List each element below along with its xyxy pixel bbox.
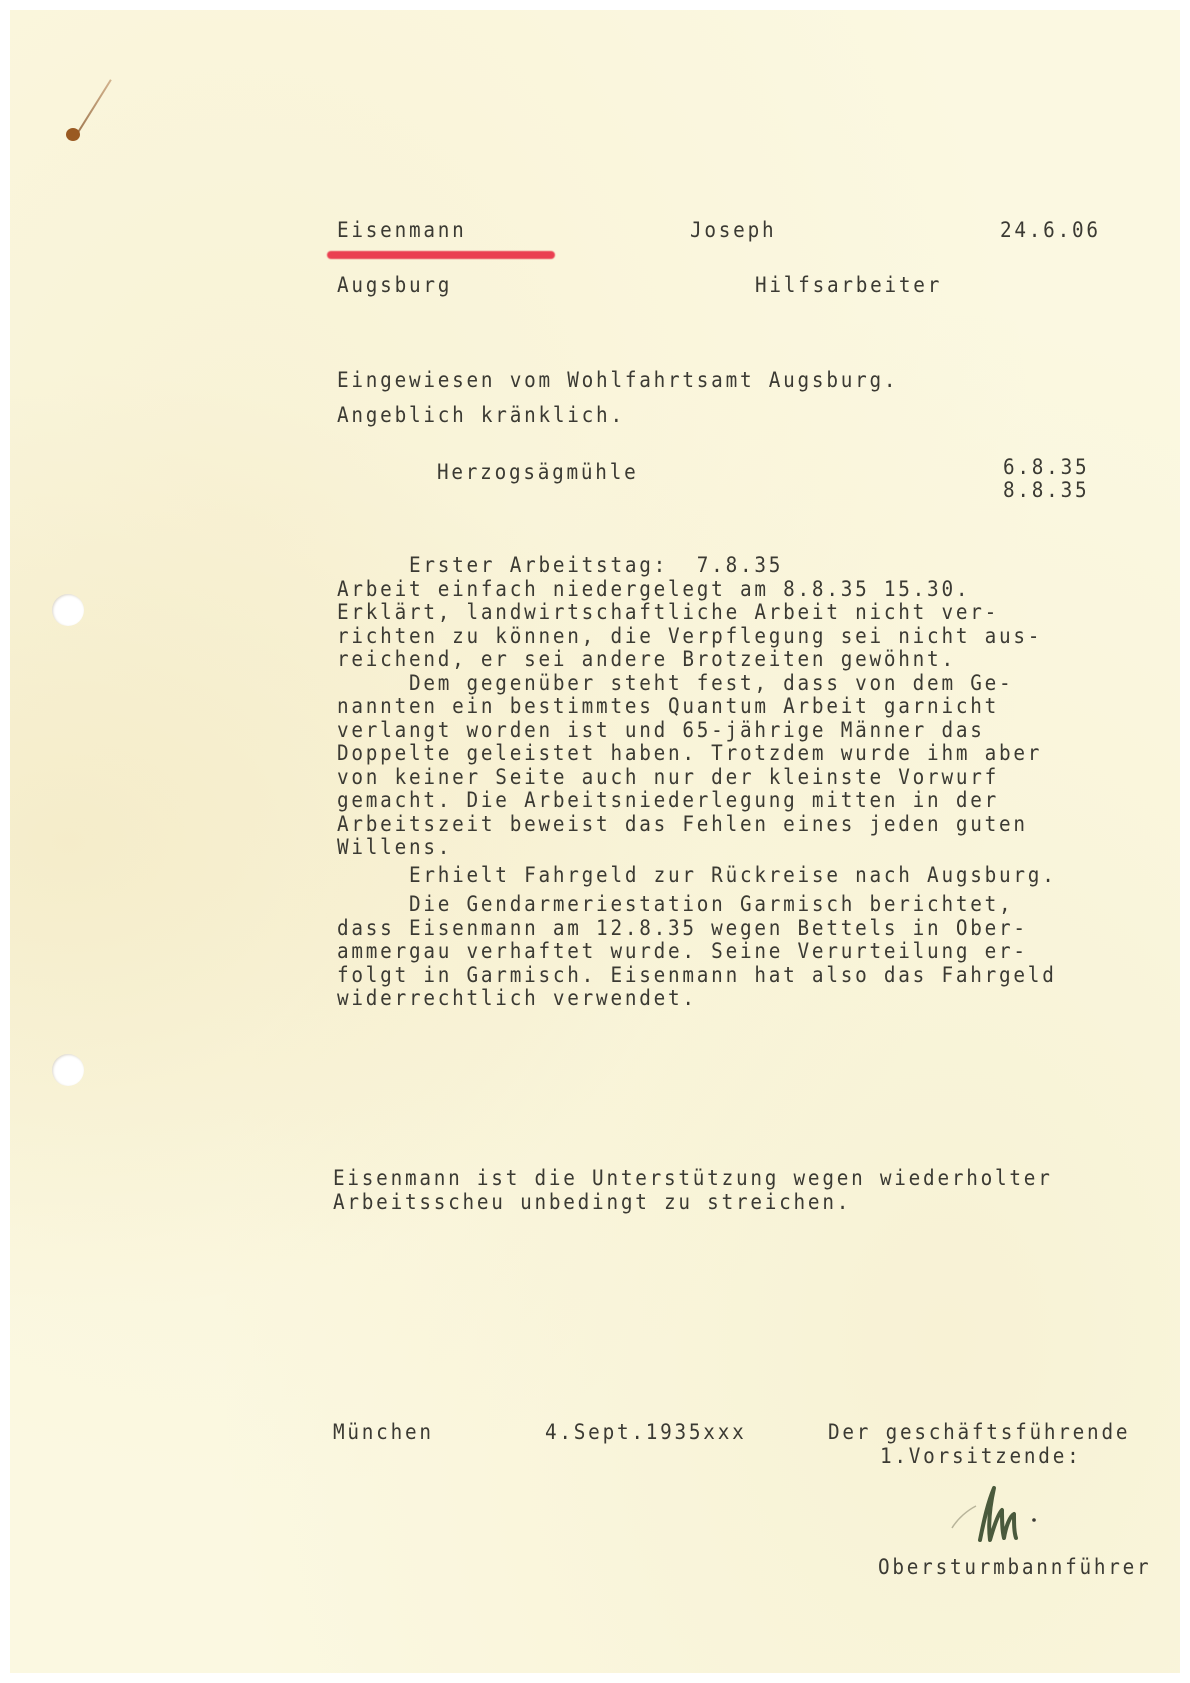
date-from: 6.8.35 bbox=[1003, 455, 1089, 479]
conclusion-line-2: Arbeitsscheu unbedingt zu streichen. bbox=[333, 1190, 851, 1214]
punch-hole-upper bbox=[52, 594, 84, 626]
place: Augsburg bbox=[337, 273, 452, 297]
punch-hole-lower bbox=[52, 1054, 84, 1086]
body-line: dass Eisenmann am 12.8.35 wegen Bettels … bbox=[337, 916, 1028, 940]
handwritten-signature bbox=[950, 1480, 1040, 1550]
body-line: Erster Arbeitstag: 7.8.35 bbox=[337, 553, 783, 577]
body-line: gemacht. Die Arbeitsniederlegung mitten … bbox=[337, 788, 999, 812]
closing-city: München bbox=[333, 1420, 434, 1444]
rank: Obersturmbannführer bbox=[878, 1555, 1151, 1579]
body-line: verlangt worden ist und 65-jährige Männe… bbox=[337, 718, 985, 742]
body-line: Erhielt Fahrgeld zur Rückreise nach Augs… bbox=[337, 863, 1057, 887]
birth-date: 24.6.06 bbox=[1000, 218, 1101, 242]
closing-date: 4.Sept.1935xxx bbox=[545, 1420, 746, 1444]
body-line: Erklärt, landwirtschaftliche Arbeit nich… bbox=[337, 600, 999, 624]
body-line: Doppelte geleistet haben. Trotzdem wurde… bbox=[337, 741, 1042, 765]
body-line: Arbeitszeit beweist das Fehlen eines jed… bbox=[337, 812, 1028, 836]
body-line: Die Gendarmeriestation Garmisch berichte… bbox=[337, 892, 1013, 916]
surname: Eisenmann bbox=[337, 218, 467, 242]
body-line: Dem gegenüber steht fest, dass von dem G… bbox=[337, 671, 1013, 695]
body-line: reichend, er sei andere Brotzeiten gewöh… bbox=[337, 647, 956, 671]
signatory-line-1: Der geschäftsführende bbox=[828, 1420, 1130, 1444]
typed-overstrike: xxx bbox=[703, 1420, 746, 1444]
signatory-line-2: 1.Vorsitzende: bbox=[880, 1444, 1081, 1468]
intro-line-2: Angeblich kränklich. bbox=[337, 403, 625, 427]
body-line: Willens. bbox=[337, 835, 452, 859]
closing-date-text: 4.Sept.1935 bbox=[545, 1420, 703, 1444]
occupation: Hilfsarbeiter bbox=[755, 273, 942, 297]
body-line: folgt in Garmisch. Eisenmann hat also da… bbox=[337, 963, 1057, 987]
body-line: richten zu können, die Verpflegung sei n… bbox=[337, 624, 1042, 648]
red-pencil-underline bbox=[327, 251, 555, 259]
body-line: ammergau verhaftet wurde. Seine Verurtei… bbox=[337, 939, 1028, 963]
date-to: 8.8.35 bbox=[1003, 478, 1089, 502]
first-name: Joseph bbox=[690, 218, 776, 242]
body-line: von keiner Seite auch nur der kleinste V… bbox=[337, 765, 999, 789]
intro-line-1: Eingewiesen vom Wohlfahrtsamt Augsburg. bbox=[337, 368, 898, 392]
ink-stain bbox=[66, 128, 80, 141]
ink-stain-trail bbox=[76, 79, 112, 134]
body-line: Arbeit einfach niedergelegt am 8.8.35 15… bbox=[337, 577, 970, 601]
body-line: nannten ein bestimmtes Quantum Arbeit ga… bbox=[337, 694, 999, 718]
institution: Herzogsägmühle bbox=[437, 460, 638, 484]
conclusion-line-1: Eisenmann ist die Unterstützung wegen wi… bbox=[333, 1166, 1053, 1190]
body-line: widerrechtlich verwendet. bbox=[337, 986, 697, 1010]
